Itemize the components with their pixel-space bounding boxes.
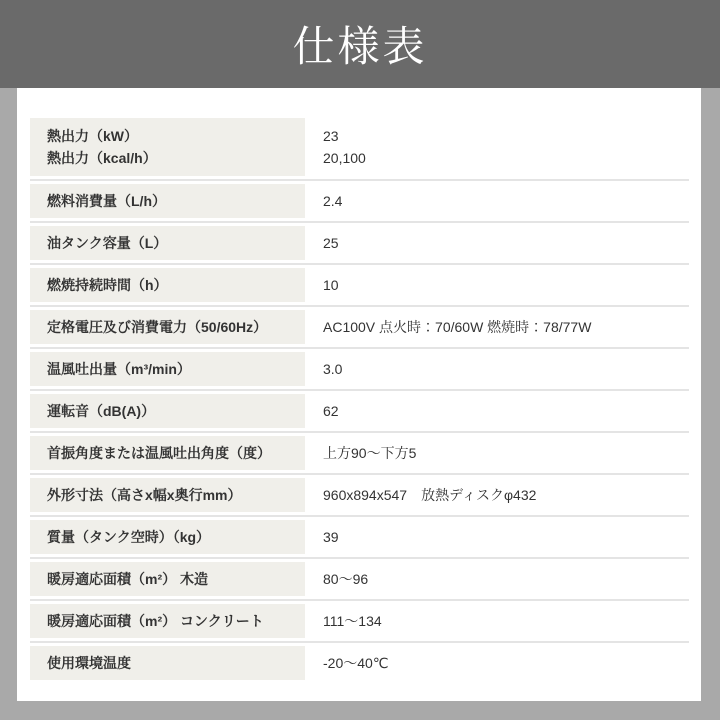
spec-value: 960x894x547 放熱ディスクφ432 — [305, 478, 689, 512]
spec-value: AC100V 点火時：70/60W 燃焼時：78/77W — [305, 310, 689, 344]
table-row-fuel-consumption: 燃料消費量（L/h） 2.4 — [30, 179, 689, 221]
spec-value: 25 — [305, 226, 689, 260]
table-row-operating-noise: 運転音（dB(A)） 62 — [30, 389, 689, 431]
spec-value: 39 — [305, 520, 689, 554]
header-bar: 仕様表 — [0, 0, 720, 88]
spec-label: 首振角度または温風吐出角度（度） — [30, 436, 305, 470]
table-row-burn-duration: 燃焼持続時間（h） 10 — [30, 263, 689, 305]
spec-label: 質量（タンク空時）（kg） — [30, 520, 305, 554]
table-row-rated-voltage-power: 定格電圧及び消費電力（50/60Hz） AC100V 点火時：70/60W 燃焼… — [30, 305, 689, 347]
spec-label: 使用環境温度 — [30, 646, 305, 680]
spec-label: 燃焼持続時間（h） — [30, 268, 305, 302]
spec-label: 熱出力（kW） 熱出力（kcal/h） — [30, 118, 305, 176]
table-row-heating-area-concrete: 暖房適応面積（m²） コンクリート 111～134 — [30, 599, 689, 641]
spec-value: 23 20,100 — [305, 118, 689, 176]
spec-value: 3.0 — [305, 352, 689, 386]
spec-label-line: 熱出力（kW） — [47, 125, 288, 147]
spec-value-line: 20,100 — [323, 147, 671, 169]
table-row-heat-output: 熱出力（kW） 熱出力（kcal/h） 23 20,100 — [30, 115, 689, 179]
spec-label: 定格電圧及び消費電力（50/60Hz） — [30, 310, 305, 344]
spec-value: -20～40℃ — [305, 646, 689, 680]
spec-value: 80～96 — [305, 562, 689, 596]
table-row-weight: 質量（タンク空時）（kg） 39 — [30, 515, 689, 557]
spec-label-line: 熱出力（kcal/h） — [47, 147, 288, 169]
spec-value-line: 23 — [323, 125, 671, 147]
spec-label: 暖房適応面積（m²） コンクリート — [30, 604, 305, 638]
spec-label: 燃料消費量（L/h） — [30, 184, 305, 218]
spec-label: 温風吐出量（m³/min） — [30, 352, 305, 386]
table-row-dimensions: 外形寸法（高さx幅x奥行mm） 960x894x547 放熱ディスクφ432 — [30, 473, 689, 515]
spec-label: 暖房適応面積（m²） 木造 — [30, 562, 305, 596]
spec-value: 上方90～下方5 — [305, 436, 689, 470]
spec-value: 10 — [305, 268, 689, 302]
page-title: 仕様表 — [292, 14, 427, 74]
table-row-swing-angle: 首振角度または温風吐出角度（度） 上方90～下方5 — [30, 431, 689, 473]
spec-value: 62 — [305, 394, 689, 428]
spec-label: 運転音（dB(A)） — [30, 394, 305, 428]
table-row-ambient-temperature: 使用環境温度 -20～40℃ — [30, 641, 689, 683]
table-row-air-volume: 温風吐出量（m³/min） 3.0 — [30, 347, 689, 389]
spec-label: 油タンク容量（L） — [30, 226, 305, 260]
spec-card: 熱出力（kW） 熱出力（kcal/h） 23 20,100 燃料消費量（L/h）… — [17, 88, 701, 701]
table-row-heating-area-wood: 暖房適応面積（m²） 木造 80～96 — [30, 557, 689, 599]
spec-value: 2.4 — [305, 184, 689, 218]
spec-label: 外形寸法（高さx幅x奥行mm） — [30, 478, 305, 512]
table-row-tank-capacity: 油タンク容量（L） 25 — [30, 221, 689, 263]
spec-value: 111～134 — [305, 604, 689, 638]
spec-table: 熱出力（kW） 熱出力（kcal/h） 23 20,100 燃料消費量（L/h）… — [30, 115, 689, 683]
